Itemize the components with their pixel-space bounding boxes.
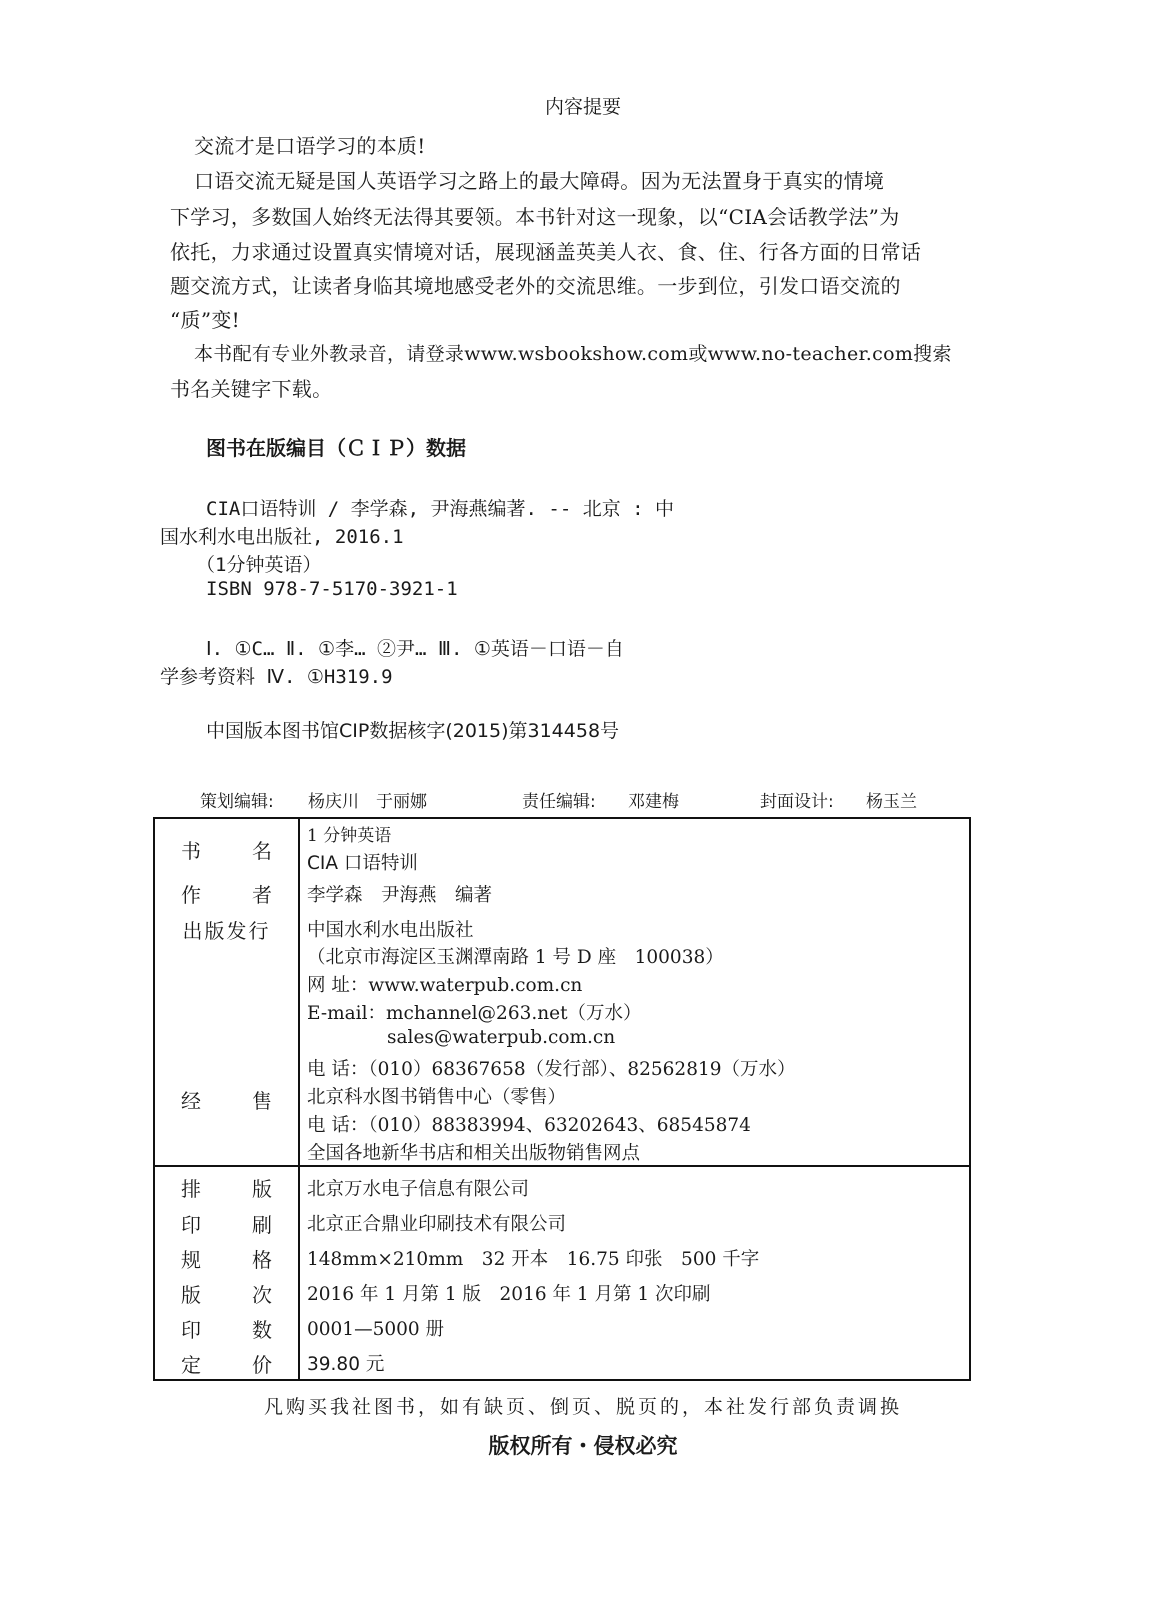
cip-line: （1分钟英语） (196, 550, 321, 577)
cover-design-label: 封面设计: (760, 787, 834, 812)
value-email-1: E-mail：mchannel@263.net（万水） (307, 999, 642, 1025)
copyright-table: 书名 作者 出版发行 经售 排版 印刷 规格 版次 印数 定价 1 分钟英语 C… (153, 817, 971, 1381)
planning-editor-label: 策划编辑: (200, 787, 274, 812)
summary-line: 口语交流无疑是国人英语学习之路上的最大障碍。因为无法置身于真实的情境 (194, 165, 884, 194)
value-printing: 北京正合鼎业印刷技术有限公司 (307, 1210, 566, 1236)
value-typesetting: 北京万水电子信息有限公司 (307, 1175, 529, 1201)
summary-line: “质”变! (170, 304, 240, 333)
cip-classification: Ⅰ. ①C… Ⅱ. ①李… ②尹… Ⅲ. ①英语－口语－自 (206, 634, 624, 661)
label-print-run: 印数 (155, 1314, 298, 1343)
label-seller: 经售 (155, 1085, 298, 1114)
cip-record-number: 中国版本图书馆CIP数据核字(2015)第314458号 (206, 716, 619, 743)
summary-line: 下学习，多数国人始终无法得其要领。本书针对这一现象，以“CIA会话教学法”为 (170, 201, 900, 230)
label-printing: 印刷 (155, 1209, 298, 1238)
table-row-divider (155, 1165, 969, 1167)
summary-title: 内容提要 (0, 92, 1166, 119)
summary-line: 依托，力求通过设置真实情境对话，展现涵盖英美人衣、食、住、行各方面的日常话 (170, 236, 921, 265)
value-phone-2: 电 话：（010）88383994、63202643、68545874 (307, 1111, 751, 1137)
cover-design-value: 杨玉兰 (866, 787, 917, 812)
cip-line: CIA口语特训 / 李学森, 尹海燕编著. -- 北京 : 中 (206, 494, 674, 521)
value-book-series: 1 分钟英语 (307, 821, 391, 846)
value-publisher-name: 中国水利水电出版社 (307, 916, 474, 942)
summary-download-note: 书名关键字下载。 (170, 373, 332, 402)
responsible-editor-value: 邓建梅 (628, 787, 679, 812)
label-typesetting: 排版 (155, 1173, 298, 1202)
replacement-notice: 凡购买我社图书，如有缺页、倒页、脱页的，本社发行部负责调换 (0, 1392, 1166, 1419)
label-price: 定价 (155, 1349, 298, 1378)
value-email-2: sales@waterpub.com.cn (387, 1027, 615, 1048)
summary-line: 题交流方式，让读者身临其境地感受老外的交流思维。一步到位，引发口语交流的 (170, 270, 901, 299)
planning-editor-value: 杨庆川 于丽娜 (308, 787, 427, 812)
value-book-title: CIA 口语特训 (307, 849, 418, 875)
value-seller-name: 北京科水图书销售中心（零售） (307, 1083, 566, 1109)
label-edition: 版次 (155, 1279, 298, 1308)
cip-line: 国水利水电出版社, 2016.1 (160, 522, 404, 549)
value-edition: 2016 年 1 月第 1 版 2016 年 1 月第 1 次印刷 (307, 1280, 711, 1306)
value-website: 网 址：www.waterpub.com.cn (307, 971, 582, 997)
label-spec: 规格 (155, 1244, 298, 1273)
copyright-notice: 版权所有・侵权必究 (0, 1430, 1166, 1460)
label-book-name: 书名 (155, 835, 298, 864)
value-spec: 148mm×210mm 32 开本 16.75 印张 500 千字 (307, 1245, 759, 1271)
value-seller-network: 全国各地新华书店和相关出版物销售网点 (307, 1139, 640, 1165)
summary-download-note: 本书配有专业外教录音，请登录www.wsbookshow.com或www.no-… (194, 339, 952, 366)
value-publisher-address: （北京市海淀区玉渊潭南路 1 号 D 座 100038） (307, 943, 724, 969)
label-author: 作者 (155, 879, 298, 908)
value-price: 39.80 元 (307, 1350, 384, 1376)
cip-heading: 图书在版编目（ＣＩＰ）数据 (206, 432, 466, 461)
cip-classification: 学参考资料 Ⅳ. ①H319.9 (160, 662, 393, 689)
table-column-divider (298, 819, 300, 1379)
summary-lead: 交流才是口语学习的本质! (194, 130, 426, 159)
label-publisher: 出版发行 (155, 915, 298, 944)
value-author: 李学森 尹海燕 编著 (307, 881, 492, 907)
value-print-run: 0001—5000 册 (307, 1315, 444, 1341)
responsible-editor-label: 责任编辑: (522, 787, 596, 812)
cip-isbn: ISBN 978-7-5170-3921-1 (206, 578, 458, 600)
value-phone-1: 电 话：（010）68367658（发行部）、82562819（万水） (307, 1055, 796, 1081)
